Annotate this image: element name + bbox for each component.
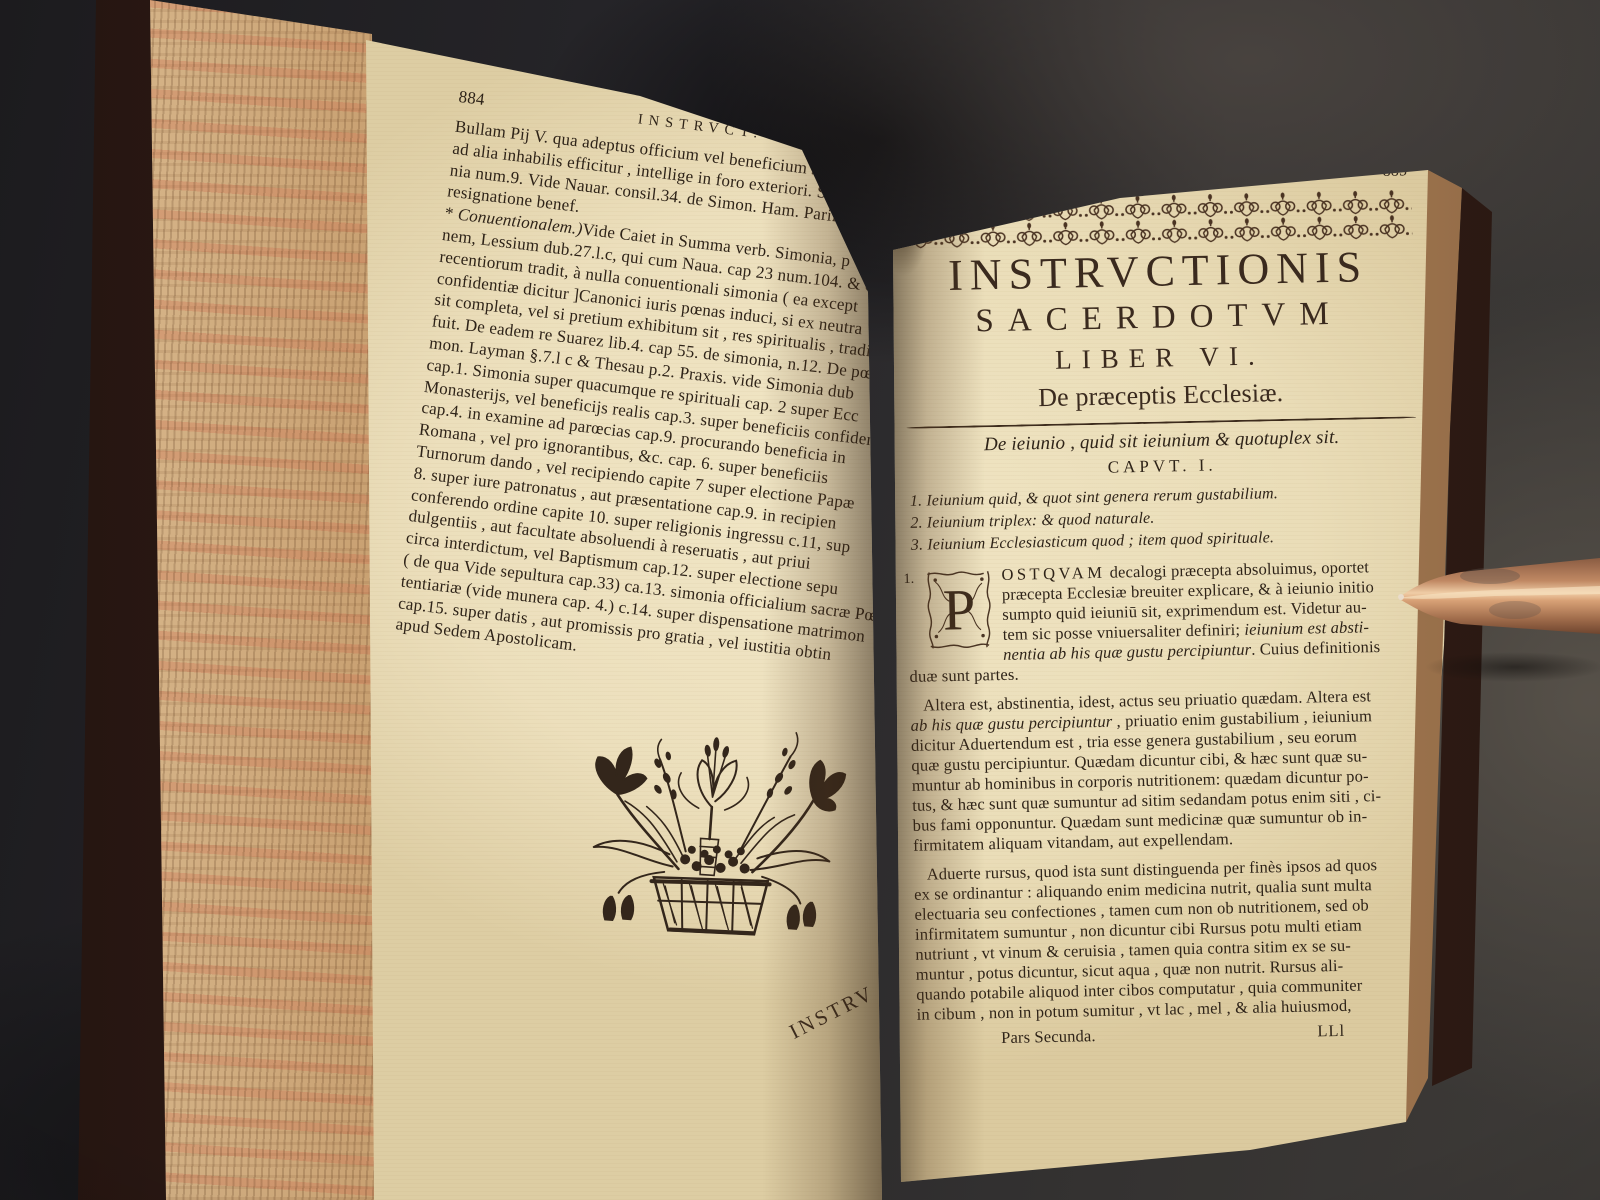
- paragraph-2: Altera est, abstinentia, idest, actus se…: [910, 685, 1427, 856]
- copper-pen-pointer: [1395, 534, 1600, 666]
- left-page-number: 884: [457, 86, 579, 122]
- paragraph-3: Aduerte rursus, quod ista sunt distingue…: [914, 854, 1431, 1025]
- antique-book-photo: 884 INSTRVCT. SACERD. Bullam Pij V. qua …: [0, 0, 1600, 1200]
- page-footer: Pars Secunda. LLl: [917, 1019, 1431, 1050]
